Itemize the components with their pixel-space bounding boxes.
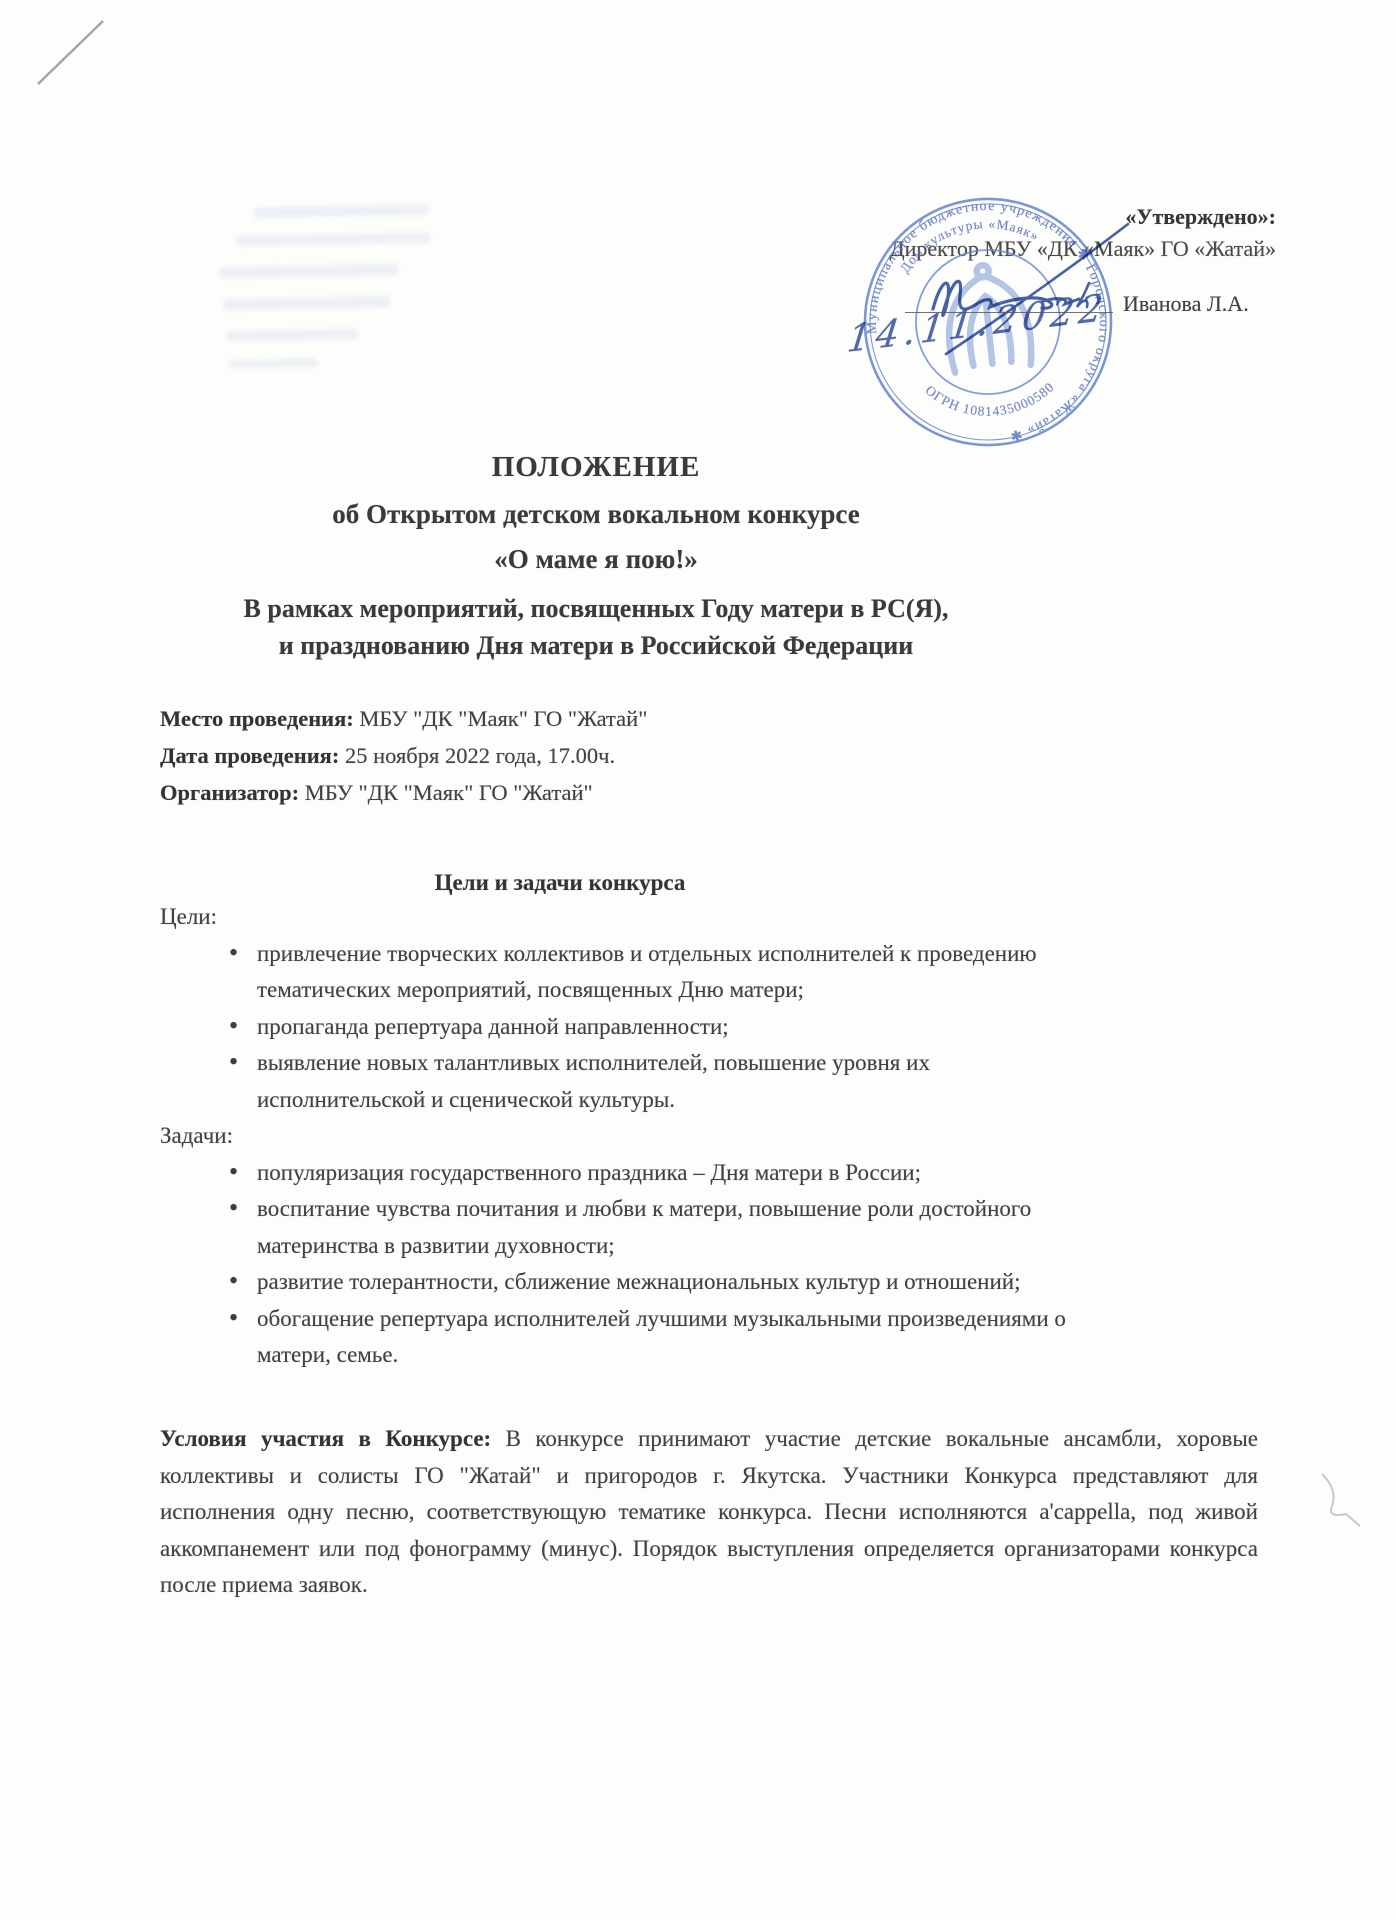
signature-line <box>905 312 1113 313</box>
tasks-list: популяризация государственного праздника… <box>160 1155 1260 1374</box>
meta-row-date: Дата проведения: 25 ноября 2022 года, 17… <box>160 737 647 774</box>
goal-item: пропаганда репертуара данной направленно… <box>257 1009 1077 1046</box>
ghost-line <box>223 296 390 311</box>
tasks-label: Задачи: <box>160 1118 1260 1155</box>
section-heading: Цели и задачи конкурса <box>160 866 960 899</box>
task-item: популяризация государственного праздника… <box>257 1155 1077 1192</box>
meta-value: 25 ноября 2022 года, 17.00ч. <box>339 743 615 768</box>
ghost-line <box>254 204 429 218</box>
ghost-line <box>219 264 399 279</box>
meta-value: МБУ "ДК "Маяк" ГО "Жатай" <box>354 706 648 731</box>
stamp-top-arc-text: Дом культуры «Маяк» <box>893 210 1046 276</box>
meta-label: Дата проведения: <box>160 743 339 768</box>
goals-list: привлечение творческих коллективов и отд… <box>160 936 1260 1119</box>
title-line-4: В рамках мероприятий, посвященных Году м… <box>160 590 1032 627</box>
meta-value: МБУ "ДК "Маяк" ГО "Жатай" <box>299 780 593 805</box>
conditions-paragraph: Условия участия в Конкурсе: В конкурсе п… <box>160 1421 1258 1604</box>
event-meta: Место проведения: МБУ "ДК "Маяк" ГО "Жат… <box>160 700 647 811</box>
conditions-text: В конкурсе принимают участие детские вок… <box>160 1426 1258 1597</box>
scanned-document-page: «Утверждено»: Директор МБУ «ДК «Маяк» ГО… <box>0 0 1396 1920</box>
pencil-margin-mark <box>1322 1474 1360 1526</box>
meta-label: Организатор: <box>160 780 299 805</box>
conditions-label: Условия участия в Конкурсе: <box>160 1426 491 1451</box>
meta-label: Место проведения: <box>160 706 354 731</box>
task-item: обогащение репертуара исполнителей лучши… <box>257 1301 1077 1374</box>
document-title: ПОЛОЖЕНИЕ об Открытом детском вокальном … <box>160 450 1032 664</box>
goal-item: выявление новых талантливых исполнителей… <box>257 1045 1077 1118</box>
meta-row-place: Место проведения: МБУ "ДК "Маяк" ГО "Жат… <box>160 700 647 737</box>
title-line-3: «О маме я пою!» <box>160 543 1032 575</box>
ghost-line <box>236 232 431 246</box>
stamp-emblem-icon <box>942 261 1034 373</box>
title-line-5: и празднованию Дня матери в Российской Ф… <box>160 627 1032 664</box>
goal-item: привлечение творческих коллективов и отд… <box>257 936 1077 1009</box>
signatory-name: Иванова Л.А. <box>1123 291 1249 317</box>
title-line-2: об Открытом детском вокальном конкурсе <box>160 498 1032 530</box>
bleed-through-text <box>214 204 437 369</box>
pencil-corner-mark <box>38 21 103 84</box>
official-round-stamp-icon: Муниципальное бюджетное учреждение ✱ Гор… <box>836 170 1139 473</box>
goals-label: Цели: <box>160 899 1260 936</box>
task-item: развитие толерантности, сближение межнац… <box>257 1264 1077 1301</box>
task-item: воспитание чувства почитания и любви к м… <box>257 1191 1077 1264</box>
ghost-line <box>228 358 318 369</box>
ghost-line <box>226 328 358 341</box>
goals-tasks-section: Цели и задачи конкурса Цели: привлечение… <box>160 866 1260 1374</box>
meta-row-organizer: Организатор: МБУ "ДК "Маяк" ГО "Жатай" <box>160 774 647 811</box>
